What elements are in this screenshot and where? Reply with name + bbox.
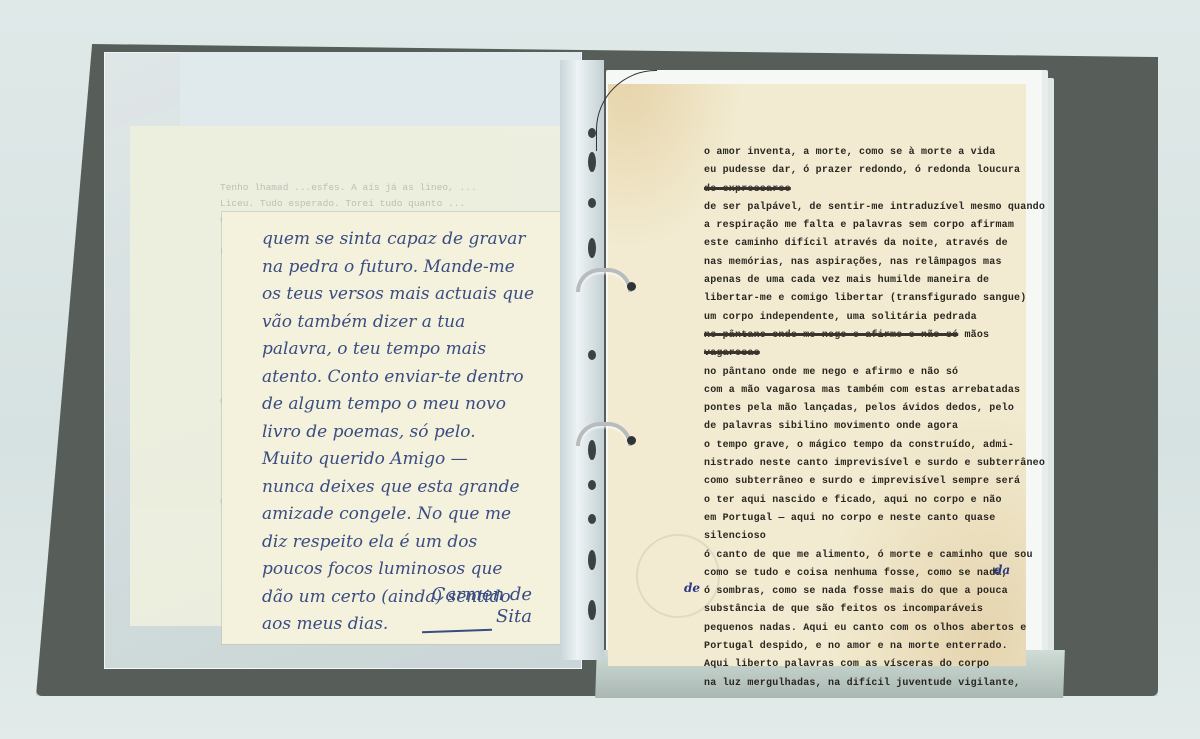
punch-hole <box>588 198 596 208</box>
poem-line: este caminho difícil através da noite, a… <box>704 235 1045 253</box>
punch-hole <box>588 350 596 360</box>
handwritten-correction: de <box>684 581 700 595</box>
letter-line: Muito querido Amigo — <box>262 446 552 474</box>
poem-line: eu pudesse dar, ó prazer redondo, ó redo… <box>704 162 1045 180</box>
poem-line-struck: no pântano onde me nego e afirmo e não s… <box>704 330 958 341</box>
poem-line: a respiração me falta e palavras sem cor… <box>704 217 1045 235</box>
poem-line: pontes pela mão lançadas, pelos ávidos d… <box>704 400 1045 418</box>
letter-line: palavra, o teu tempo mais <box>262 336 552 364</box>
plastic-sleeve-top <box>180 52 580 130</box>
letter-line: na pedra o futuro. Mande-me <box>262 254 552 282</box>
typed-poem-page: o amor inventa, a morte, como se à morte… <box>608 84 1026 666</box>
letter-line: amizade congele. No que me <box>262 501 552 529</box>
punch-hole <box>588 600 596 620</box>
poem-line: ó sombras, como se nada fosse mais do qu… <box>704 583 1045 601</box>
poem-line: pequenos nadas. Aqui eu canto com os olh… <box>704 620 1045 638</box>
poem-line: Portugal despido, e no amor e na morte e… <box>704 638 1045 656</box>
signature-line-2: Sita <box>432 606 532 628</box>
poem-line: silencioso <box>704 528 1045 546</box>
punch-hole <box>588 152 596 172</box>
poem-line-struck: vagarosas <box>704 345 1045 363</box>
poem-line: o ter aqui nascido e ficado, aqui no cor… <box>704 492 1045 510</box>
letter-line: poucos focos luminosos que <box>262 556 552 584</box>
poem-line: de ser palpável, de sentir-me intraduzív… <box>704 199 1045 217</box>
poem-line: substância de que são feitos os incompar… <box>704 601 1045 619</box>
letter-line: os teus versos mais actuais que <box>262 281 552 309</box>
poem-line: Aqui liberto palavras com as vísceras do… <box>704 656 1045 674</box>
letter-line: quem se sinta capaz de gravar <box>262 226 552 254</box>
signature: Carmen de Sita <box>432 584 532 628</box>
letter-line: diz respeito ela é um dos <box>262 529 552 557</box>
poem-line: libertar-me e comigo libertar (transfigu… <box>704 290 1045 308</box>
poem-line: com a mão vagarosa mas também com estas … <box>704 382 1045 400</box>
letter-line: livro de poemas, só pelo. <box>262 419 552 447</box>
poem-line: na luz mergulhadas, na difícil juventude… <box>704 675 1045 693</box>
poem-line: nas memórias, nas aspirações, nas relâmp… <box>704 254 1045 272</box>
poem-line: apenas de uma cada vez mais humilde mane… <box>704 272 1045 290</box>
poem-line-struck: de expressaree <box>704 181 1045 199</box>
punch-hole <box>588 514 596 524</box>
punch-hole <box>588 550 596 570</box>
punch-hole <box>588 238 596 258</box>
poem-line: em Portugal — aqui no corpo e neste cant… <box>704 510 1045 528</box>
poem-word: mãos <box>964 330 989 341</box>
letter-line: atento. Conto enviar-te dentro <box>262 364 552 392</box>
punch-hole <box>588 480 596 490</box>
poem-line: o amor inventa, a morte, como se à morte… <box>704 144 1045 162</box>
poem-lines: o amor inventa, a morte, como se à morte… <box>704 144 1045 693</box>
poem-line: como subterrâneo e surdo e imprevisível … <box>704 473 1045 491</box>
handwritten-letter: quem se sinta capaz de gravar na pedra o… <box>222 212 562 644</box>
poem-line: nistrado neste canto imprevisível e surd… <box>704 455 1045 473</box>
poem-line: no pântano onde me nego e afirmo e não s… <box>704 364 1045 382</box>
poem-line: de palavras sibilino movimento onde agor… <box>704 418 1045 436</box>
punch-hole <box>588 128 596 138</box>
poem-line: o tempo grave, o mágico tempo da constru… <box>704 437 1045 455</box>
letter-line: nunca deixes que esta grande <box>262 474 552 502</box>
signature-line-1: Carmen de <box>432 584 532 606</box>
back-line: Tenho lhamad ...esfes. A ais já as lineo… <box>220 182 477 193</box>
letter-line: de algum tempo o meu novo <box>262 391 552 419</box>
handwritten-correction: da <box>994 563 1010 577</box>
poem-line: um corpo independente, uma solitária ped… <box>704 309 1045 327</box>
back-line: Liceu. Tudo esperado. Torei tudo quanto … <box>220 198 465 209</box>
letter-line: vão também dizer a tua <box>262 309 552 337</box>
letter-body: quem se sinta capaz de gravar na pedra o… <box>262 226 552 639</box>
